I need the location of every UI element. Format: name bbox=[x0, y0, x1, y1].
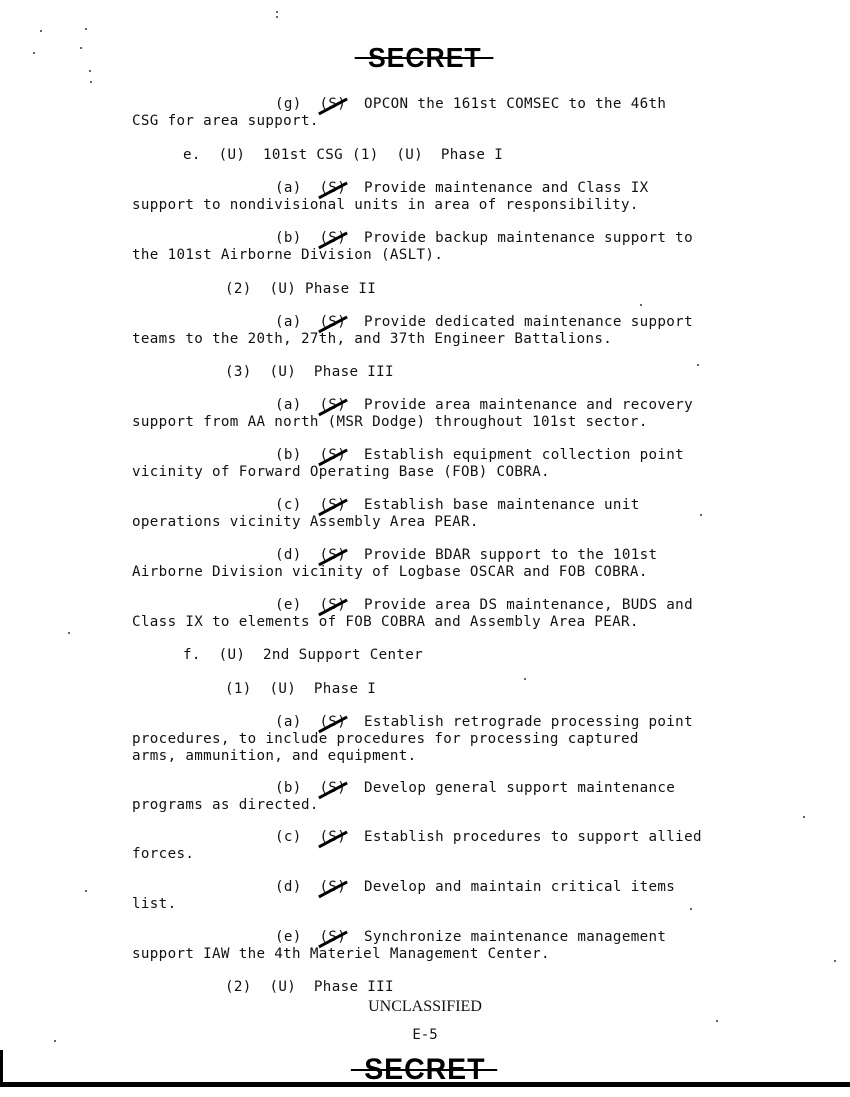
document-line: the 101st Airborne Division (ASLT). bbox=[132, 247, 443, 264]
document-line: (b) (S) Provide backup maintenance suppo… bbox=[275, 230, 693, 247]
line-text: arms, ammunition, and equipment. bbox=[132, 748, 417, 764]
document-line: operations vicinity Assembly Area PEAR. bbox=[132, 514, 479, 531]
document-line: (d) (S) Develop and maintain critical it… bbox=[275, 879, 675, 896]
paragraph-label: (c) bbox=[275, 829, 302, 845]
line-text: Develop general support maintenance bbox=[364, 780, 675, 796]
struck-classification-mark: (S) bbox=[319, 829, 346, 846]
unclassified-marking: UNCLASSIFIED bbox=[0, 998, 850, 1016]
document-line: CSG for area support. bbox=[132, 113, 319, 130]
line-text: support IAW the 4th Materiel Management … bbox=[132, 946, 550, 962]
struck-classification-mark: (S) bbox=[319, 497, 346, 514]
scan-speck bbox=[690, 908, 692, 910]
scan-speck bbox=[803, 816, 805, 818]
struck-classification-mark: (S) bbox=[319, 547, 346, 564]
document-line: support from AA north (MSR Dodge) throug… bbox=[132, 414, 648, 431]
line-text: operations vicinity Assembly Area PEAR. bbox=[132, 514, 479, 530]
struck-classification-mark: (S) bbox=[319, 314, 346, 331]
scan-speck bbox=[700, 514, 702, 516]
line-text: (1) (U) Phase I bbox=[225, 681, 376, 697]
line-text: Establish retrograde processing point bbox=[364, 714, 693, 730]
paragraph-label: (b) bbox=[275, 447, 302, 463]
scan-speck bbox=[40, 30, 42, 32]
scan-speck bbox=[640, 304, 642, 306]
scan-speck bbox=[80, 47, 82, 49]
document-line: (2) (U) Phase II bbox=[225, 281, 376, 298]
document-line: (a) (S) Provide dedicated maintenance su… bbox=[275, 314, 693, 331]
scan-speck bbox=[834, 960, 836, 962]
line-text: (2) (U) Phase II bbox=[225, 281, 376, 297]
paragraph-label: (a) bbox=[275, 714, 302, 730]
document-line: (2) (U) Phase III bbox=[225, 979, 394, 996]
scan-speck bbox=[90, 81, 92, 83]
line-text: teams to the 20th, 27th, and 37th Engine… bbox=[132, 331, 612, 347]
line-text: list. bbox=[132, 896, 176, 912]
paragraph-label: (b) bbox=[275, 780, 302, 796]
scan-speck bbox=[85, 28, 87, 30]
line-text: support from AA north (MSR Dodge) throug… bbox=[132, 414, 648, 430]
line-text: Establish equipment collection point bbox=[364, 447, 684, 463]
paragraph-label: (d) bbox=[275, 879, 302, 895]
line-text: Provide area DS maintenance, BUDS and bbox=[364, 597, 693, 613]
paragraph-label: (d) bbox=[275, 547, 302, 563]
document-line: list. bbox=[132, 896, 176, 913]
struck-classification-mark: (S) bbox=[319, 180, 346, 197]
document-line: f. (U) 2nd Support Center bbox=[183, 647, 423, 664]
classification-text: SECRET bbox=[368, 42, 482, 74]
document-line: (e) (S) Provide area DS maintenance, BUD… bbox=[275, 597, 693, 614]
struck-classification-mark: (S) bbox=[319, 230, 346, 247]
document-line: (b) (S) Establish equipment collection p… bbox=[275, 447, 684, 464]
document-line: procedures, to include procedures for pr… bbox=[132, 731, 639, 748]
document-line: teams to the 20th, 27th, and 37th Engine… bbox=[132, 331, 612, 348]
document-line: Airborne Division vicinity of Logbase OS… bbox=[132, 564, 648, 581]
struck-classification-mark: (S) bbox=[319, 929, 346, 946]
document-line: arms, ammunition, and equipment. bbox=[132, 748, 417, 765]
line-text: Provide backup maintenance support to bbox=[364, 230, 693, 246]
struck-classification-mark: (S) bbox=[319, 447, 346, 464]
document-line: (d) (S) Provide BDAR support to the 101s… bbox=[275, 547, 657, 564]
document-line: (e) (S) Synchronize maintenance manageme… bbox=[275, 929, 666, 946]
paragraph-label: (b) bbox=[275, 230, 302, 246]
paragraph-label: (e) bbox=[275, 929, 302, 945]
document-line: (3) (U) Phase III bbox=[225, 364, 394, 381]
document-line: e. (U) 101st CSG (1) (U) Phase I bbox=[183, 147, 503, 164]
document-line: (c) (S) Establish base maintenance unit bbox=[275, 497, 640, 514]
line-text: vicinity of Forward Operating Base (FOB)… bbox=[132, 464, 550, 480]
line-text: Provide BDAR support to the 101st bbox=[364, 547, 657, 563]
document-page: SECRET (g) (S) OPCON the 161st COMSEC to… bbox=[0, 0, 850, 1097]
struck-classification-mark: (S) bbox=[319, 780, 346, 797]
document-line: (a) (S) Provide maintenance and Class IX bbox=[275, 180, 649, 197]
line-text: support to nondivisional units in area o… bbox=[132, 197, 639, 213]
line-text: (3) (U) Phase III bbox=[225, 364, 394, 380]
document-line: forces. bbox=[132, 846, 194, 863]
line-text: f. (U) 2nd Support Center bbox=[183, 647, 423, 663]
document-line: (b) (S) Develop general support maintena… bbox=[275, 780, 675, 797]
paragraph-label: (a) bbox=[275, 314, 302, 330]
document-line: (g) (S) OPCON the 161st COMSEC to the 46… bbox=[275, 96, 666, 113]
document-line: vicinity of Forward Operating Base (FOB)… bbox=[132, 464, 550, 481]
line-text: the 101st Airborne Division (ASLT). bbox=[132, 247, 443, 263]
paragraph-label: (a) bbox=[275, 397, 302, 413]
scan-speck bbox=[85, 890, 87, 892]
page-number: E-5 bbox=[0, 1027, 850, 1043]
line-text: Synchronize maintenance management bbox=[364, 929, 666, 945]
line-text: (2) (U) Phase III bbox=[225, 979, 394, 995]
paragraph-label: (a) bbox=[275, 180, 302, 196]
document-line: (a) (S) Provide area maintenance and rec… bbox=[275, 397, 693, 414]
line-text: e. (U) 101st CSG (1) (U) Phase I bbox=[183, 147, 503, 163]
top-classification-marking: SECRET bbox=[0, 42, 850, 74]
bottom-border-rule bbox=[0, 1082, 850, 1087]
scan-speck bbox=[89, 70, 91, 72]
line-text: Provide dedicated maintenance support bbox=[364, 314, 693, 330]
document-line: programs as directed. bbox=[132, 797, 319, 814]
line-text: procedures, to include procedures for pr… bbox=[132, 731, 639, 747]
left-border-rule bbox=[0, 1050, 3, 1086]
scan-speck bbox=[697, 364, 699, 366]
line-text: Airborne Division vicinity of Logbase OS… bbox=[132, 564, 648, 580]
line-text: Provide area maintenance and recovery bbox=[364, 397, 693, 413]
paragraph-label: (c) bbox=[275, 497, 302, 513]
document-line: (a) (S) Establish retrograde processing … bbox=[275, 714, 693, 731]
scan-speck bbox=[33, 52, 35, 54]
scan-speck bbox=[524, 678, 526, 680]
line-text: Class IX to elements of FOB COBRA and As… bbox=[132, 614, 639, 630]
scan-speck bbox=[276, 11, 278, 13]
scan-speck bbox=[276, 16, 278, 18]
line-text: programs as directed. bbox=[132, 797, 319, 813]
struck-classification-mark: (S) bbox=[319, 879, 346, 896]
document-line: (1) (U) Phase I bbox=[225, 681, 376, 698]
document-line: support to nondivisional units in area o… bbox=[132, 197, 639, 214]
struck-classification-mark: (S) bbox=[319, 714, 346, 731]
scan-speck bbox=[716, 1020, 718, 1022]
document-line: Class IX to elements of FOB COBRA and As… bbox=[132, 614, 639, 631]
line-text: Establish base maintenance unit bbox=[364, 497, 640, 513]
struck-classification-mark: (S) bbox=[319, 96, 346, 113]
line-text: forces. bbox=[132, 846, 194, 862]
document-line: support IAW the 4th Materiel Management … bbox=[132, 946, 550, 963]
paragraph-label: (g) bbox=[275, 96, 302, 112]
struck-classification-mark: (S) bbox=[319, 397, 346, 414]
paragraph-label: (e) bbox=[275, 597, 302, 613]
line-text: Develop and maintain critical items bbox=[364, 879, 675, 895]
line-text: OPCON the 161st COMSEC to the 46th bbox=[364, 96, 666, 112]
line-text: CSG for area support. bbox=[132, 113, 319, 129]
struck-classification-mark: (S) bbox=[319, 597, 346, 614]
scan-speck bbox=[68, 632, 70, 634]
line-text: Provide maintenance and Class IX bbox=[364, 180, 649, 196]
document-line: (c) (S) Establish procedures to support … bbox=[275, 829, 702, 846]
line-text: Establish procedures to support allied bbox=[364, 829, 702, 845]
scan-speck bbox=[54, 1040, 56, 1042]
